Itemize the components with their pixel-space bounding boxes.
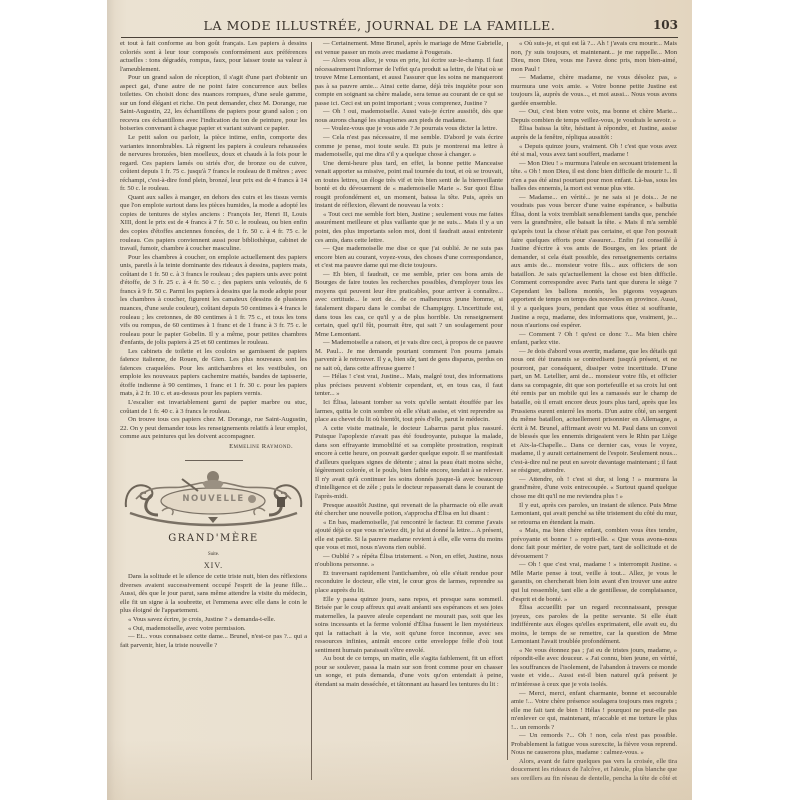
paragraph: — Attendre, oh ! c'est si dur, si long !… <box>511 476 677 502</box>
paragraph: Pour un grand salon de réception, il s'a… <box>120 74 307 134</box>
paragraph: On trouve tous ces papiers chez M. Doran… <box>120 416 307 442</box>
paragraph: L'escalier est invariablement garni de p… <box>120 399 307 416</box>
vignette-label: NOUVELLE <box>122 495 305 504</box>
column-divider <box>507 42 508 760</box>
paragraph: « En bas, mademoiselle, j'ai rencontré l… <box>315 519 503 553</box>
column-divider <box>311 42 312 780</box>
page-number: 103 <box>653 18 678 32</box>
paragraph: Dans la solitude et le silence de cette … <box>120 573 307 616</box>
paragraph: Une demi-heure plus tard, en effet, la b… <box>315 160 503 211</box>
paragraph: Élisa accueillit par un regard reconnais… <box>511 604 677 647</box>
paragraph: — Hélas ! c'est vrai, Justine... Mais, m… <box>315 373 503 399</box>
section-separator <box>185 460 243 461</box>
column-2: — Certainement. Mme Brunel, après le mar… <box>315 40 503 782</box>
paragraph: Alors, avant de faire quelques pas vers … <box>511 758 677 782</box>
paragraph: — Merci, merci, enfant charmante, bonne … <box>511 690 677 733</box>
paragraph: — Je dois d'abord vous avertir, madame, … <box>511 348 677 476</box>
paragraph: Quant aux salles à manger, en dehors des… <box>120 194 307 254</box>
paragraph: — Madame... en vérité... je ne sais si j… <box>511 194 677 331</box>
paragraph: Pour les chambres à coucher, on emploie … <box>120 254 307 348</box>
paragraph: « Où suis-je, et qui est là ?... Ah ! j'… <box>511 40 677 74</box>
newspaper-page: LA MODE ILLUSTRÉE, JOURNAL DE LA FAMILLE… <box>107 0 692 800</box>
paragraph: Au bout de ce temps, un matin, elle s'ag… <box>315 655 503 689</box>
journal-title: LA MODE ILLUSTRÉE, JOURNAL DE LA FAMILLE… <box>119 18 640 33</box>
header-rule <box>121 37 678 38</box>
story-suite-label: Suite. <box>120 551 307 558</box>
paragraph: — Mon Dieu ! » murmura l'aïeule en secou… <box>511 160 677 194</box>
column-3: « Où suis-je, et qui est là ?... Ah ! j'… <box>511 40 677 782</box>
paragraph: — Que mademoiselle me dise ce que j'ai o… <box>315 245 503 271</box>
nouvelle-vignette: NOUVELLE <box>122 469 305 527</box>
paragraph: — Certainement. Mme Brunel, après le mar… <box>315 40 503 57</box>
paragraph: Le petit salon ou parloir, la pièce inti… <box>120 134 307 194</box>
chapter-number: XIV. <box>120 560 307 571</box>
paragraph: — Voulez-vous que je vous aide ? Je pour… <box>315 125 503 134</box>
paragraph: — Oui, c'est bien votre voix, ma bonne e… <box>511 108 677 125</box>
paragraph: « Tout ceci me semble fort bien, Justine… <box>315 211 503 245</box>
paragraph: « Oui, mademoiselle, avec votre permissi… <box>120 625 307 634</box>
paragraph: Et traversant rapidement l'antichambre, … <box>315 570 503 596</box>
paragraph: A cette visite matinale, le docteur Laba… <box>315 425 503 502</box>
paragraph: — Madame, chère madame, ne vous désolez … <box>511 74 677 108</box>
paragraph: « Depuis quinze jours, vraiment. Oh ! c'… <box>511 143 677 160</box>
paragraph: — Mademoiselle a raison, et je vais dire… <box>315 339 503 373</box>
column-1: et tout à fait conforme au bon goût fran… <box>120 40 307 782</box>
paragraph: — Eh bien, il faudrait, ce me semble, pr… <box>315 271 503 339</box>
story-title: GRAND'MÈRE <box>120 533 307 545</box>
paragraph: — Un remords ?... Oh ! non, cela n'est p… <box>511 732 677 758</box>
paragraph: — Oh ! que c'est vrai, madame ! » interr… <box>511 561 677 604</box>
author-signature: Emmeline Raymond. <box>120 443 307 452</box>
paragraph: — Et... vous connaissez cette dame... Br… <box>120 633 307 650</box>
paragraph: — Oublié ? » répéta Élisa tristement. « … <box>315 553 503 570</box>
paragraph: Il y eut, après ces paroles, un instant … <box>511 502 677 528</box>
paragraph: « Mais, ma bien chère enfant, combien vo… <box>511 527 677 561</box>
paragraph: « Ne vous étonnez pas ; j'ai eu de trist… <box>511 647 677 690</box>
paragraph: — Oh ! oui, mademoiselle. Aussi vais-je … <box>315 108 503 125</box>
paragraph: Presque aussitôt Justine, qui revenait d… <box>315 502 503 519</box>
paragraph: — Comment ? Oh ! qu'est ce donc ?... Ma … <box>511 331 677 348</box>
running-head: LA MODE ILLUSTRÉE, JOURNAL DE LA FAMILLE… <box>119 18 680 38</box>
paragraph: « Vous savez écrire, je crois, Justine ?… <box>120 616 307 625</box>
paragraph: Les cabinets de toilette et les couloirs… <box>120 348 307 399</box>
paragraph: Élisa baissa la tête, hésitant à répondr… <box>511 125 677 142</box>
paragraph: — Alors vous allez, je vous en prie, lui… <box>315 57 503 108</box>
paragraph: et tout à fait conforme au bon goût fran… <box>120 40 307 74</box>
paragraph: Ici Élisa, laissant tomber sa voix qu'el… <box>315 399 503 425</box>
paragraph: — Cela n'est pas nécessaire, il me sembl… <box>315 134 503 160</box>
paragraph: Elle y passa quinze jours, sans repos, e… <box>315 596 503 656</box>
